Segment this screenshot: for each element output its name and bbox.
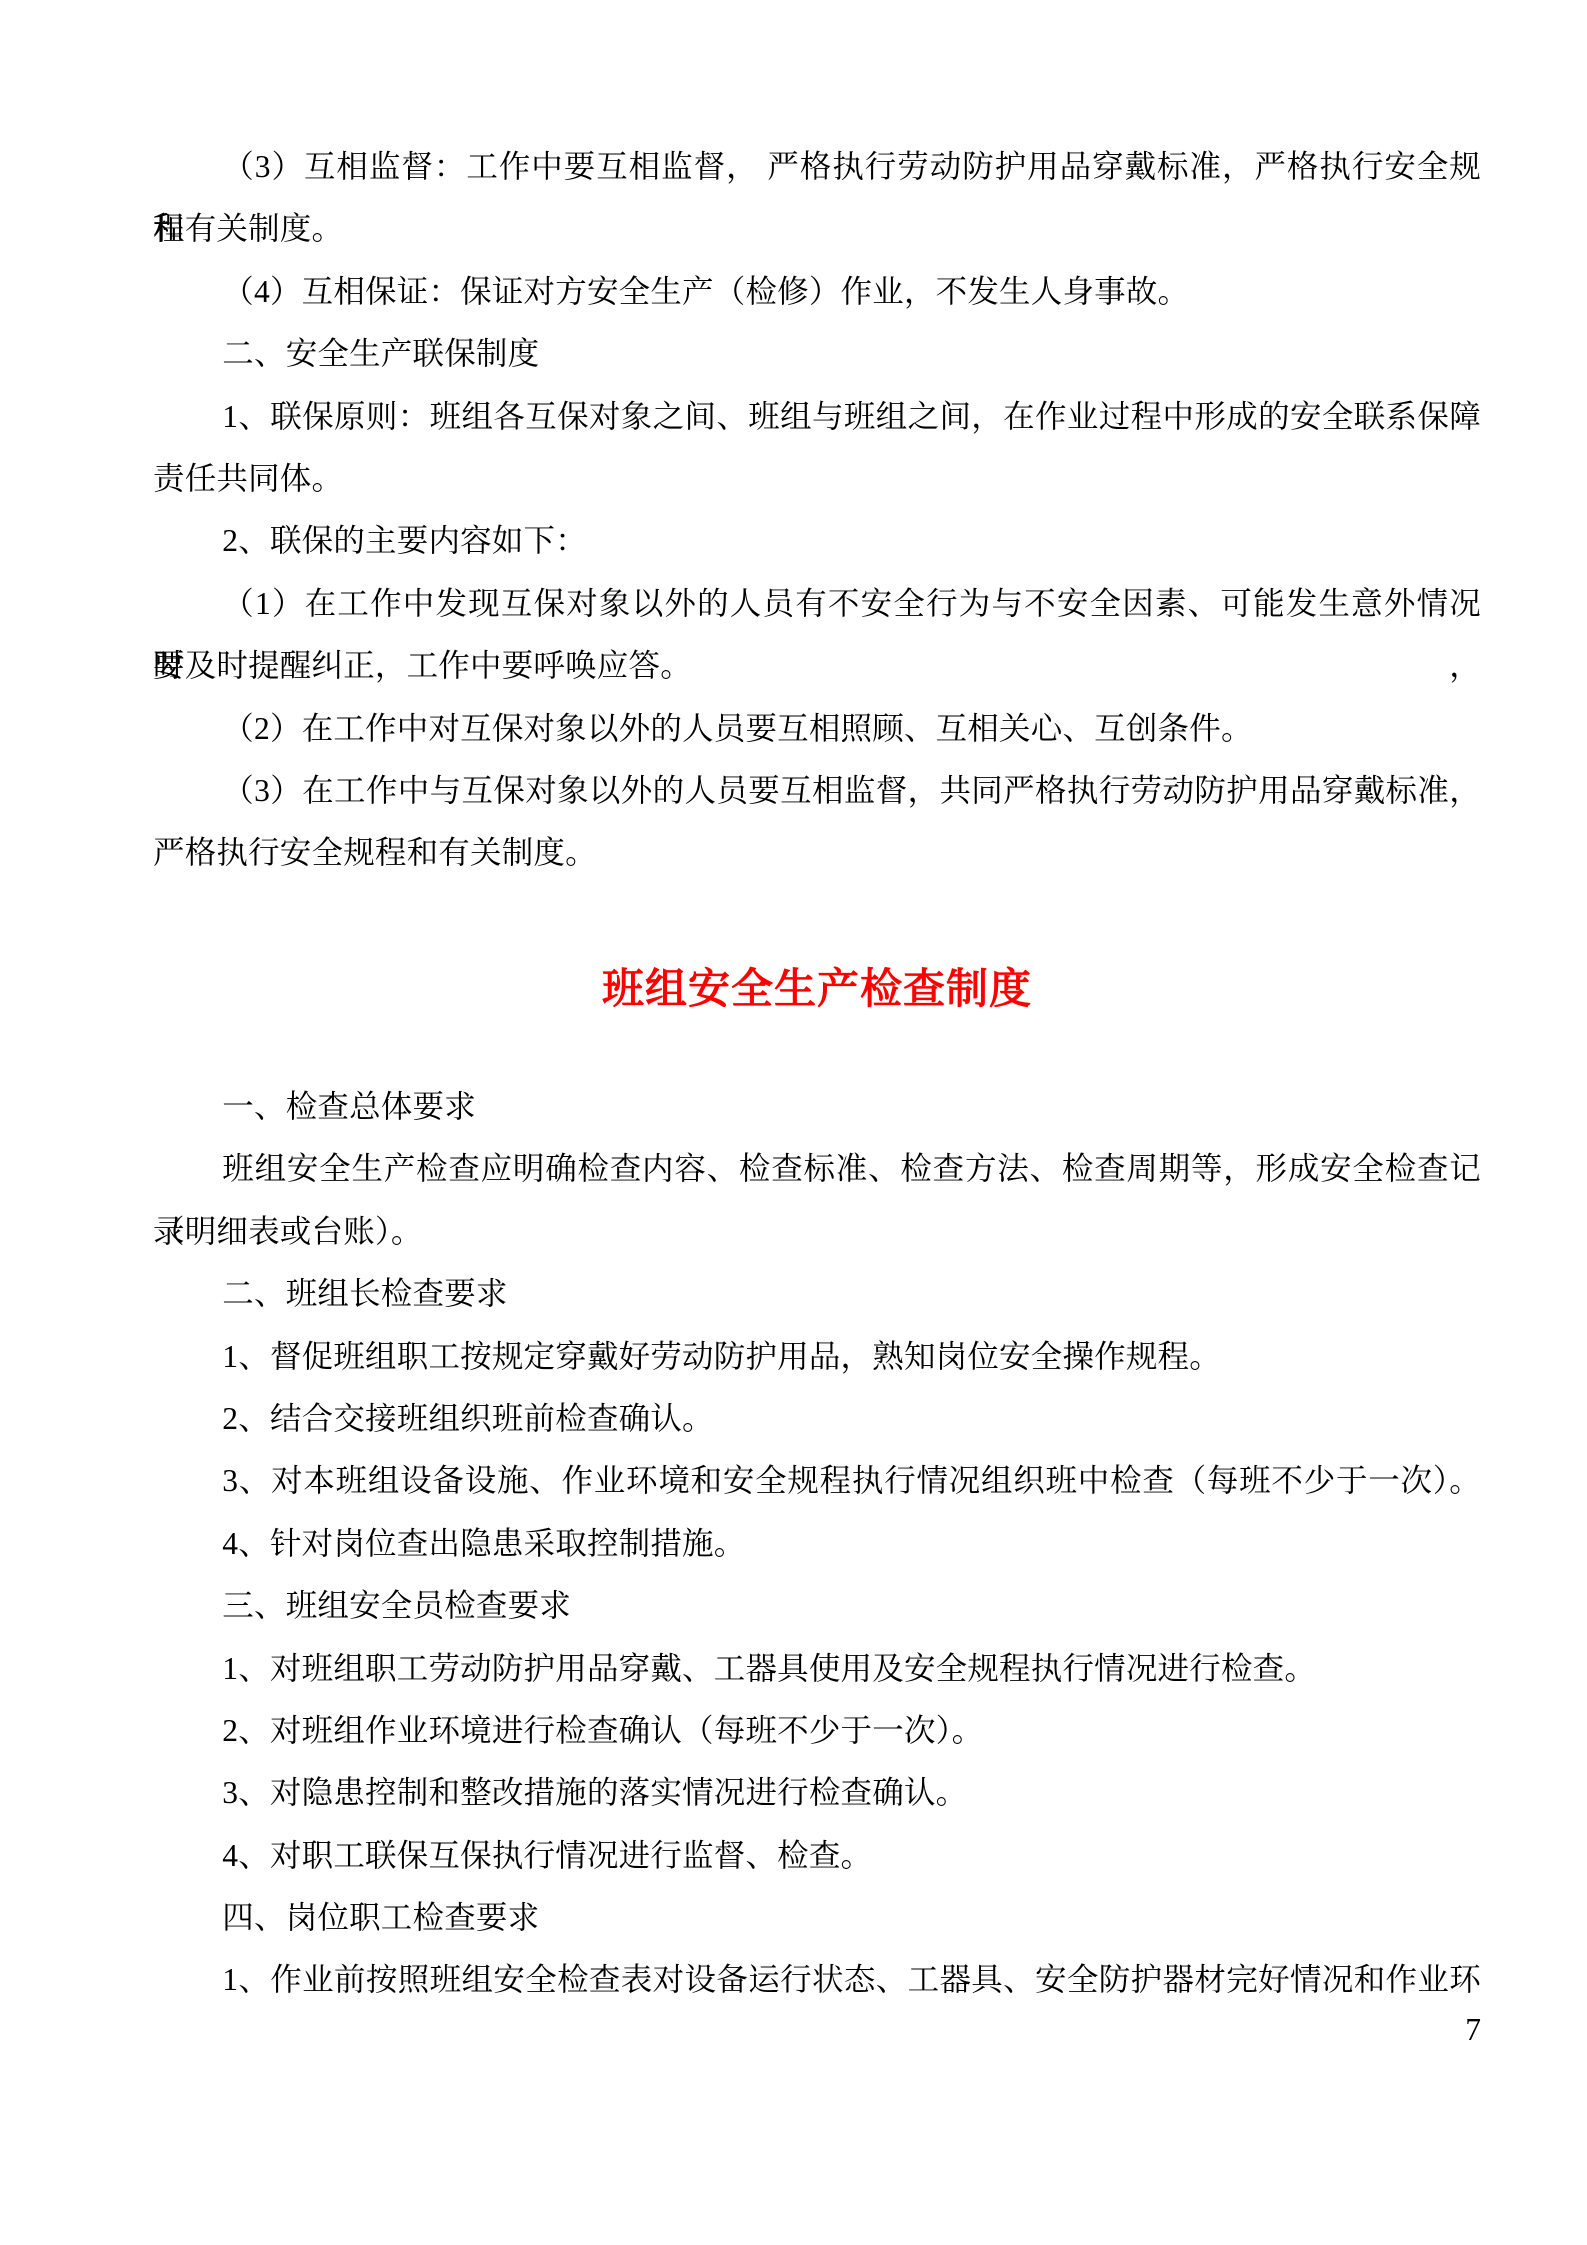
text-line: （1）在工作中发现互保对象以外的人员有不安全行为与不安全因素、可能发生意外情况时… bbox=[153, 573, 1481, 635]
page-number: 7 bbox=[153, 2008, 1481, 2052]
text-line: 和有关制度。 bbox=[153, 198, 1481, 260]
text-line: 责任共同体。 bbox=[153, 448, 1481, 510]
text-line: （3）在工作中与互保对象以外的人员要互相监督，共同严格执行劳动防护用品穿戴标准， bbox=[153, 760, 1481, 822]
text-line: 4、针对岗位查出隐患采取控制措施。 bbox=[153, 1513, 1481, 1575]
text-line: 1、督促班组职工按规定穿戴好劳动防护用品，熟知岗位安全操作规程。 bbox=[153, 1326, 1481, 1388]
text-line: 1、对班组职工劳动防护用品穿戴、工器具使用及安全规程执行情况进行检查。 bbox=[153, 1638, 1481, 1700]
text-line: 严格执行安全规程和有关制度。 bbox=[153, 822, 1481, 884]
text-line: （3）互相监督：工作中要互相监督， 严格执行劳动防护用品穿戴标准，严格执行安全规… bbox=[153, 136, 1481, 198]
text-line: 1、作业前按照班组安全检查表对设备运行状态、工器具、安全防护器材完好情况和作业环 bbox=[153, 1949, 1481, 2011]
text-line: （明细表或台账）。 bbox=[153, 1201, 1481, 1263]
body-block-top: （3）互相监督：工作中要互相监督， 严格执行劳动防护用品穿戴标准，严格执行安全规… bbox=[153, 136, 1481, 885]
text-line: （4）互相保证：保证对方安全生产（检修）作业，不发生人身事故。 bbox=[153, 261, 1481, 323]
text-line: 1、联保原则：班组各互保对象之间、班组与班组之间，在作业过程中形成的安全联系保障 bbox=[153, 386, 1481, 448]
text-line: （2）在工作中对互保对象以外的人员要互相照顾、互相关心、互创条件。 bbox=[153, 698, 1481, 760]
text-line: 3、对本班组设备设施、作业环境和安全规程执行情况组织班中检查（每班不少于一次）。 bbox=[153, 1450, 1481, 1512]
body-block-bottom: 一、检查总体要求 班组安全生产检查应明确检查内容、检查标准、检查方法、检查周期等… bbox=[153, 1076, 1481, 2012]
text-line: 2、联保的主要内容如下： bbox=[153, 510, 1481, 572]
text-line: 2、结合交接班组织班前检查确认。 bbox=[153, 1388, 1481, 1450]
text-line: 二、安全生产联保制度 bbox=[153, 323, 1481, 385]
text-line: 一、检查总体要求 bbox=[153, 1076, 1481, 1138]
text-line: 2、对班组作业环境进行检查确认（每班不少于一次）。 bbox=[153, 1700, 1481, 1762]
section-heading: 班组安全生产检查制度 bbox=[153, 956, 1481, 1022]
document-page: （3）互相监督：工作中要互相监督， 严格执行劳动防护用品穿戴标准，严格执行安全规… bbox=[0, 0, 1587, 2245]
text-line: 3、对隐患控制和整改措施的落实情况进行检查确认。 bbox=[153, 1762, 1481, 1824]
text-line: 三、班组安全员检查要求 bbox=[153, 1575, 1481, 1637]
text-line: 4、对职工联保互保执行情况进行监督、检查。 bbox=[153, 1825, 1481, 1887]
text-line: 二、班组长检查要求 bbox=[153, 1263, 1481, 1325]
text-line: 四、岗位职工检查要求 bbox=[153, 1887, 1481, 1949]
text-line: 班组安全生产检查应明确检查内容、检查标准、检查方法、检查周期等，形成安全检查记录 bbox=[153, 1138, 1481, 1200]
